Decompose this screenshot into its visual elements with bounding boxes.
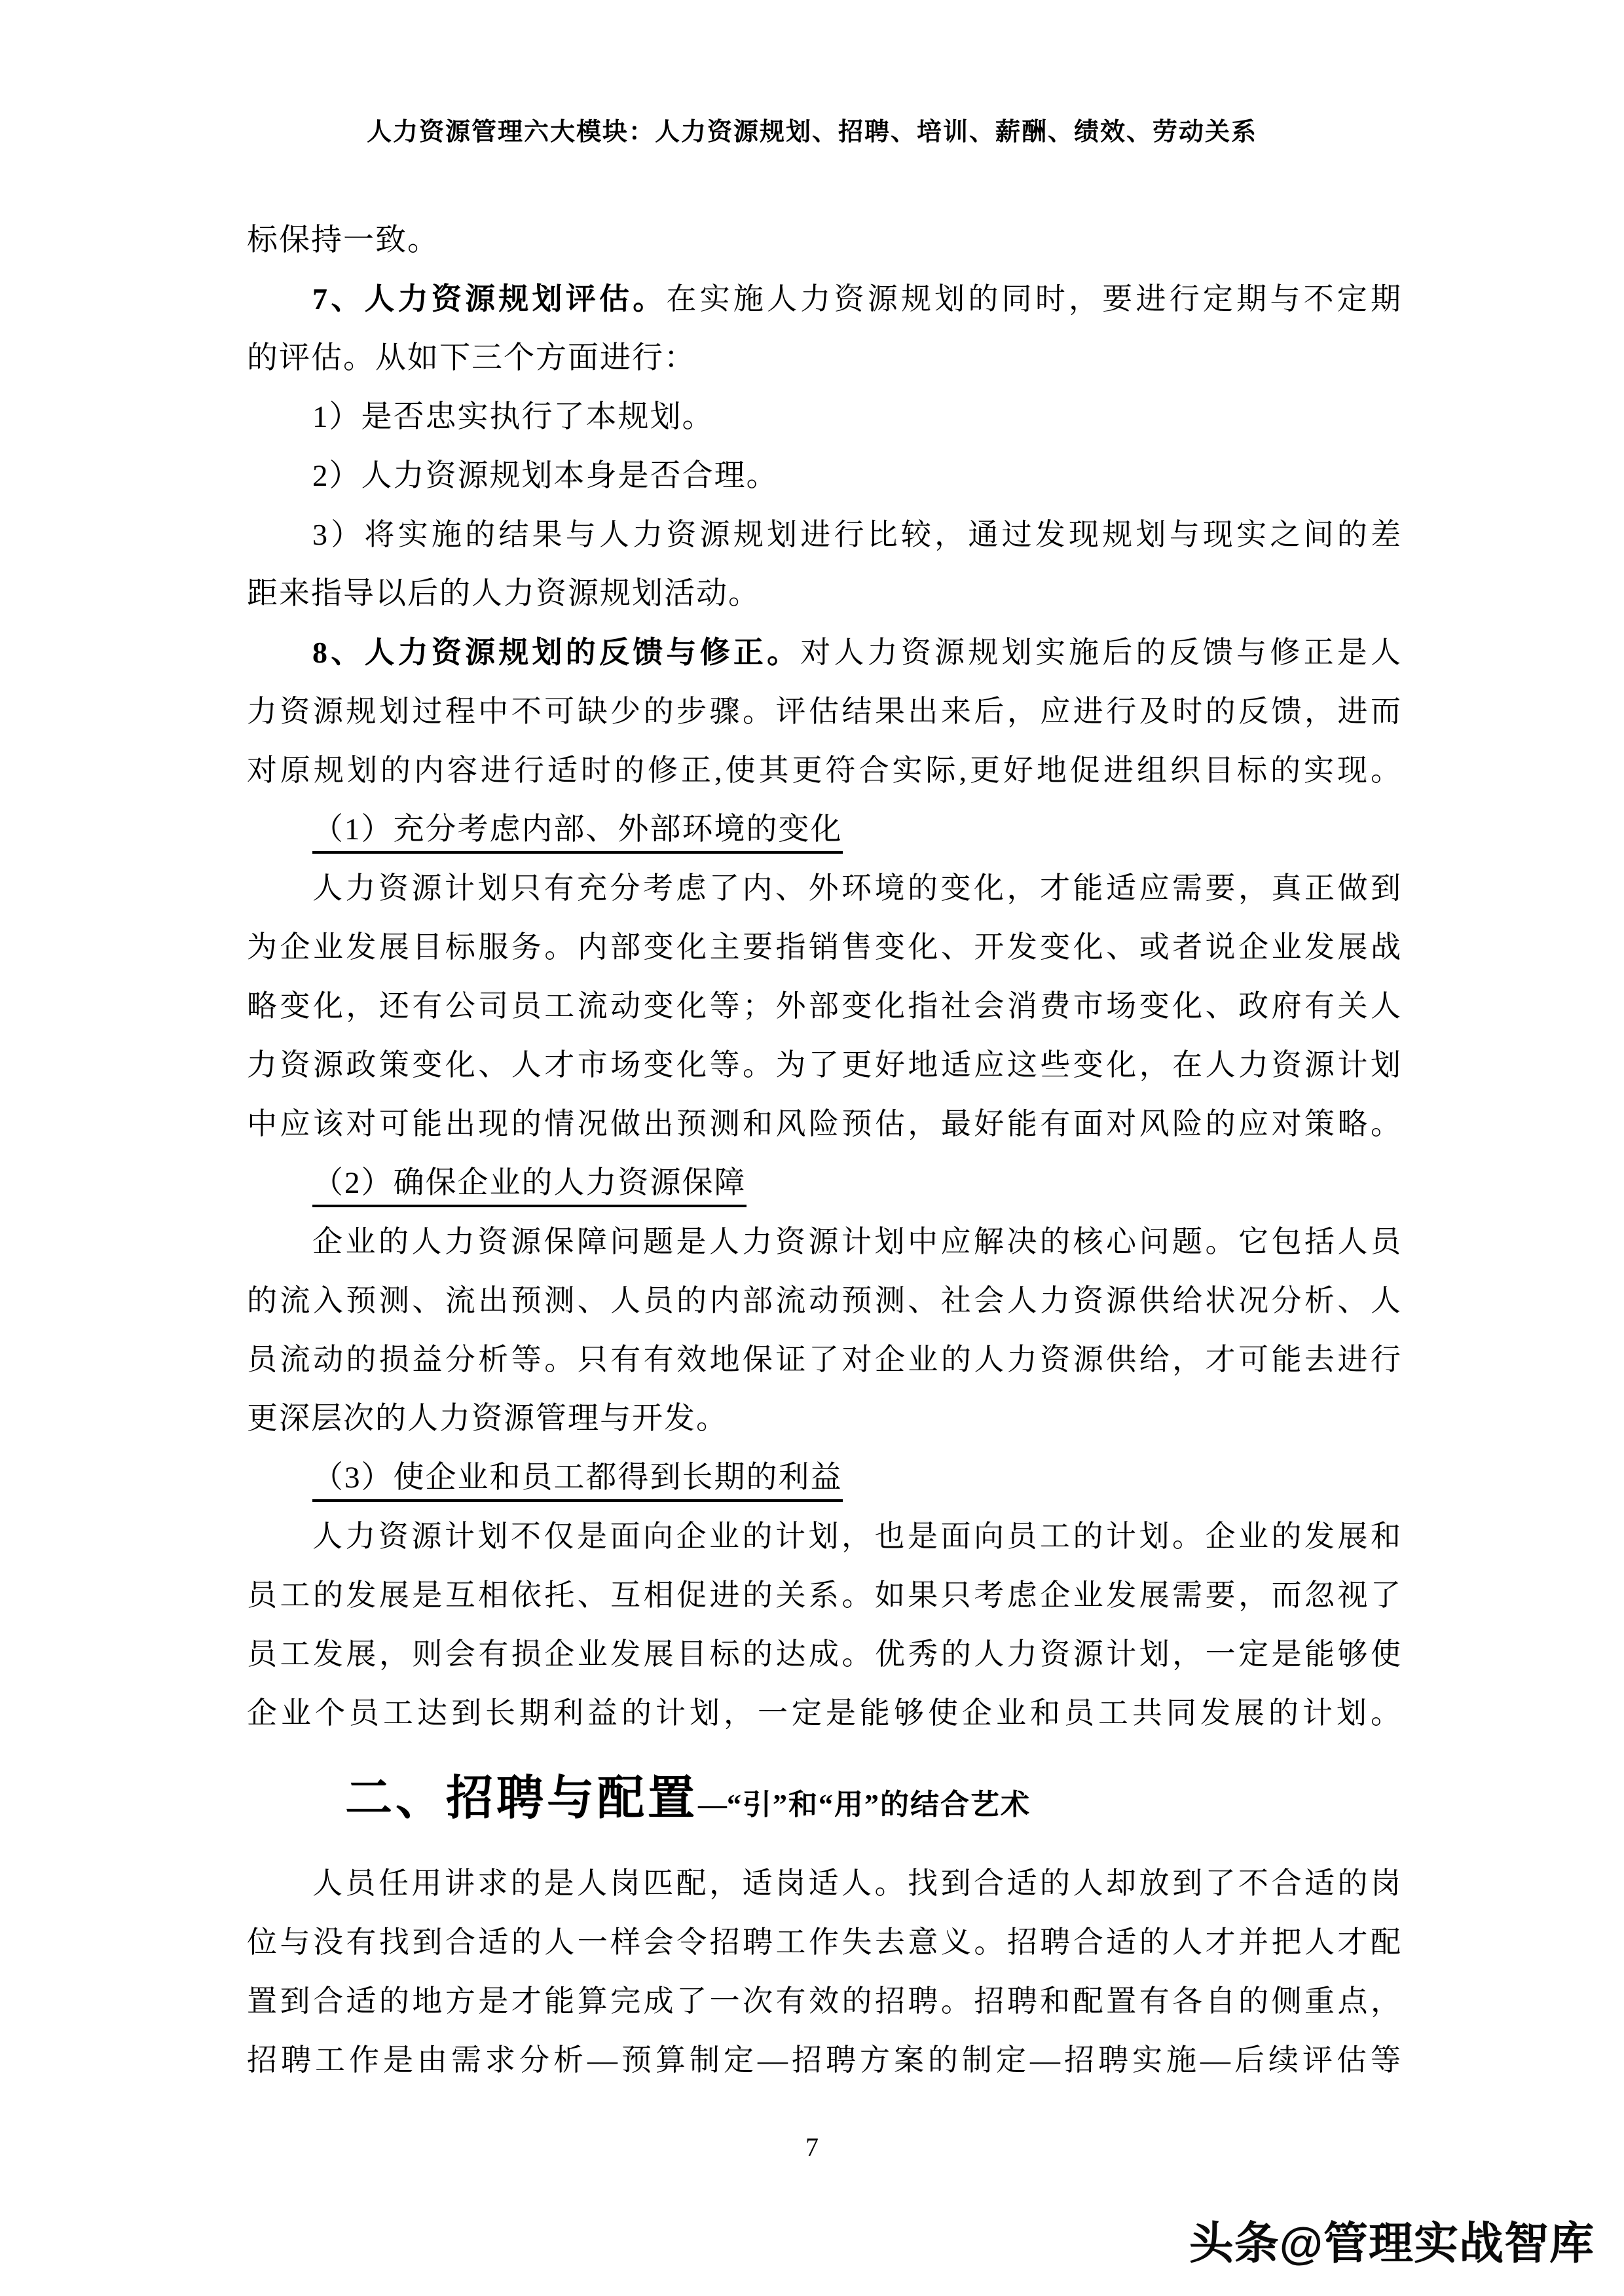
text-line: 位与没有找到合适的人一样会令招聘工作失去意义。招聘合适的人才并把人才配 (247, 1913, 1401, 1972)
text-line: 中应该对可能出现的情况做出预测和风险预估，最好能有面对风险的应对策略。 (247, 1095, 1401, 1154)
body-text: 标保持一致。7、人力资源规划评估。在实施人力资源规划的同时，要进行定期与不定期的… (247, 211, 1401, 2090)
text-line: 员工发展，则会有损企业发展目标的达成。优秀的人力资源计划，一定是能够使 (247, 1625, 1401, 1684)
text-line: 1）是否忠实执行了本规划。 (247, 388, 1401, 446)
text-line: 员流动的损益分析等。只有有效地保证了对企业的人力资源供给，才可能去进行 (247, 1330, 1401, 1389)
document-page: 人力资源管理六大模块：人力资源规划、招聘、培训、薪酬、绩效、劳动关系 标保持一致… (0, 0, 1624, 2296)
text-line: 标保持一致。 (247, 211, 1401, 270)
page-number: 7 (0, 2133, 1624, 2162)
text-line: 企业的人力资源保障问题是人力资源计划中应解决的核心问题。它包括人员 (247, 1212, 1401, 1271)
text-line: 置到合适的地方是才能算完成了一次有效的招聘。招聘和配置有各自的侧重点， (247, 1972, 1401, 2031)
text-line: 略变化，还有公司员工流动变化等；外部变化指社会消费市场变化、政府有关人 (247, 977, 1401, 1036)
underlined-heading-text: （1）充分考虑内部、外部环境的变化 (312, 812, 843, 854)
text-line: 招聘工作是由需求分析—预算制定—招聘方案的制定—招聘实施—后续评估等 (247, 2031, 1401, 2090)
text-line: 7、人力资源规划评估。在实施人力资源规划的同时，要进行定期与不定期 (247, 270, 1401, 329)
text-line: 为企业发展目标服务。内部变化主要指销售变化、开发变化、或者说企业发展战 (247, 918, 1401, 977)
text-line: 的流入预测、流出预测、人员的内部流动预测、社会人力资源供给状况分析、人 (247, 1271, 1401, 1330)
text-line: 8、人力资源规划的反馈与修正。对人力资源规划实施后的反馈与修正是人 (247, 623, 1401, 682)
text-line: 力资源规划过程中不可缺少的步骤。评估结果出来后，应进行及时的反馈，进而 (247, 682, 1401, 741)
text-line: 员工的发展是互相依托、互相促进的关系。如果只考虑企业发展需要，而忽视了 (247, 1566, 1401, 1625)
text-line: 2）人力资源规划本身是否合理。 (247, 446, 1401, 505)
underlined-heading-text: （3）使企业和员工都得到长期的利益 (312, 1461, 843, 1502)
text-line: 人力资源计划不仅是面向企业的计划，也是面向员工的计划。企业的发展和 (247, 1507, 1401, 1566)
sub-heading-line: （1）充分考虑内部、外部环境的变化 (247, 800, 1401, 859)
text-line: 更深层次的人力资源管理与开发。 (247, 1389, 1401, 1448)
watermark: 头条@管理实战智库 (1189, 2218, 1595, 2269)
text-line: 对原规划的内容进行适时的修正,使其更符合实际,更好地促进组织目标的实现。 (247, 741, 1401, 800)
section-heading-subtitle: “引”和“用”的结合艺术 (727, 1789, 1031, 1821)
bold-lead: 7、人力资源规划评估。 (312, 282, 666, 316)
section-heading-dash: — (698, 1789, 727, 1821)
sub-heading-line: （2）确保企业的人力资源保障 (247, 1154, 1401, 1212)
text-line: 企业个员工达到长期利益的计划，一定是能够使企业和员工共同发展的计划。 (247, 1684, 1401, 1743)
text-line: 距来指导以后的人力资源规划活动。 (247, 564, 1401, 623)
text-line: 力资源政策变化、人才市场变化等。为了更好地适应这些变化，在人力资源计划 (247, 1036, 1401, 1095)
bold-lead: 8、人力资源规划的反馈与修正。 (312, 636, 800, 669)
page-header: 人力资源管理六大模块：人力资源规划、招聘、培训、薪酬、绩效、劳动关系 (0, 117, 1624, 148)
text-line: 的评估。从如下三个方面进行： (247, 329, 1401, 388)
text-line: 人员任用讲求的是人岗匹配，适岗适人。找到合适的人却放到了不合适的岗 (247, 1854, 1401, 1913)
text-line: 人力资源计划只有充分考虑了内、外环境的变化，才能适应需要，真正做到 (247, 859, 1401, 918)
section-heading: 二、招聘与配置—“引”和“用”的结合艺术 (247, 1743, 1401, 1854)
underlined-heading-text: （2）确保企业的人力资源保障 (312, 1166, 747, 1207)
text-line: 3）将实施的结果与人力资源规划进行比较，通过发现规划与现实之间的差 (247, 505, 1401, 564)
section-heading-main: 二、招聘与配置 (345, 1772, 698, 1825)
sub-heading-line: （3）使企业和员工都得到长期的利益 (247, 1448, 1401, 1507)
